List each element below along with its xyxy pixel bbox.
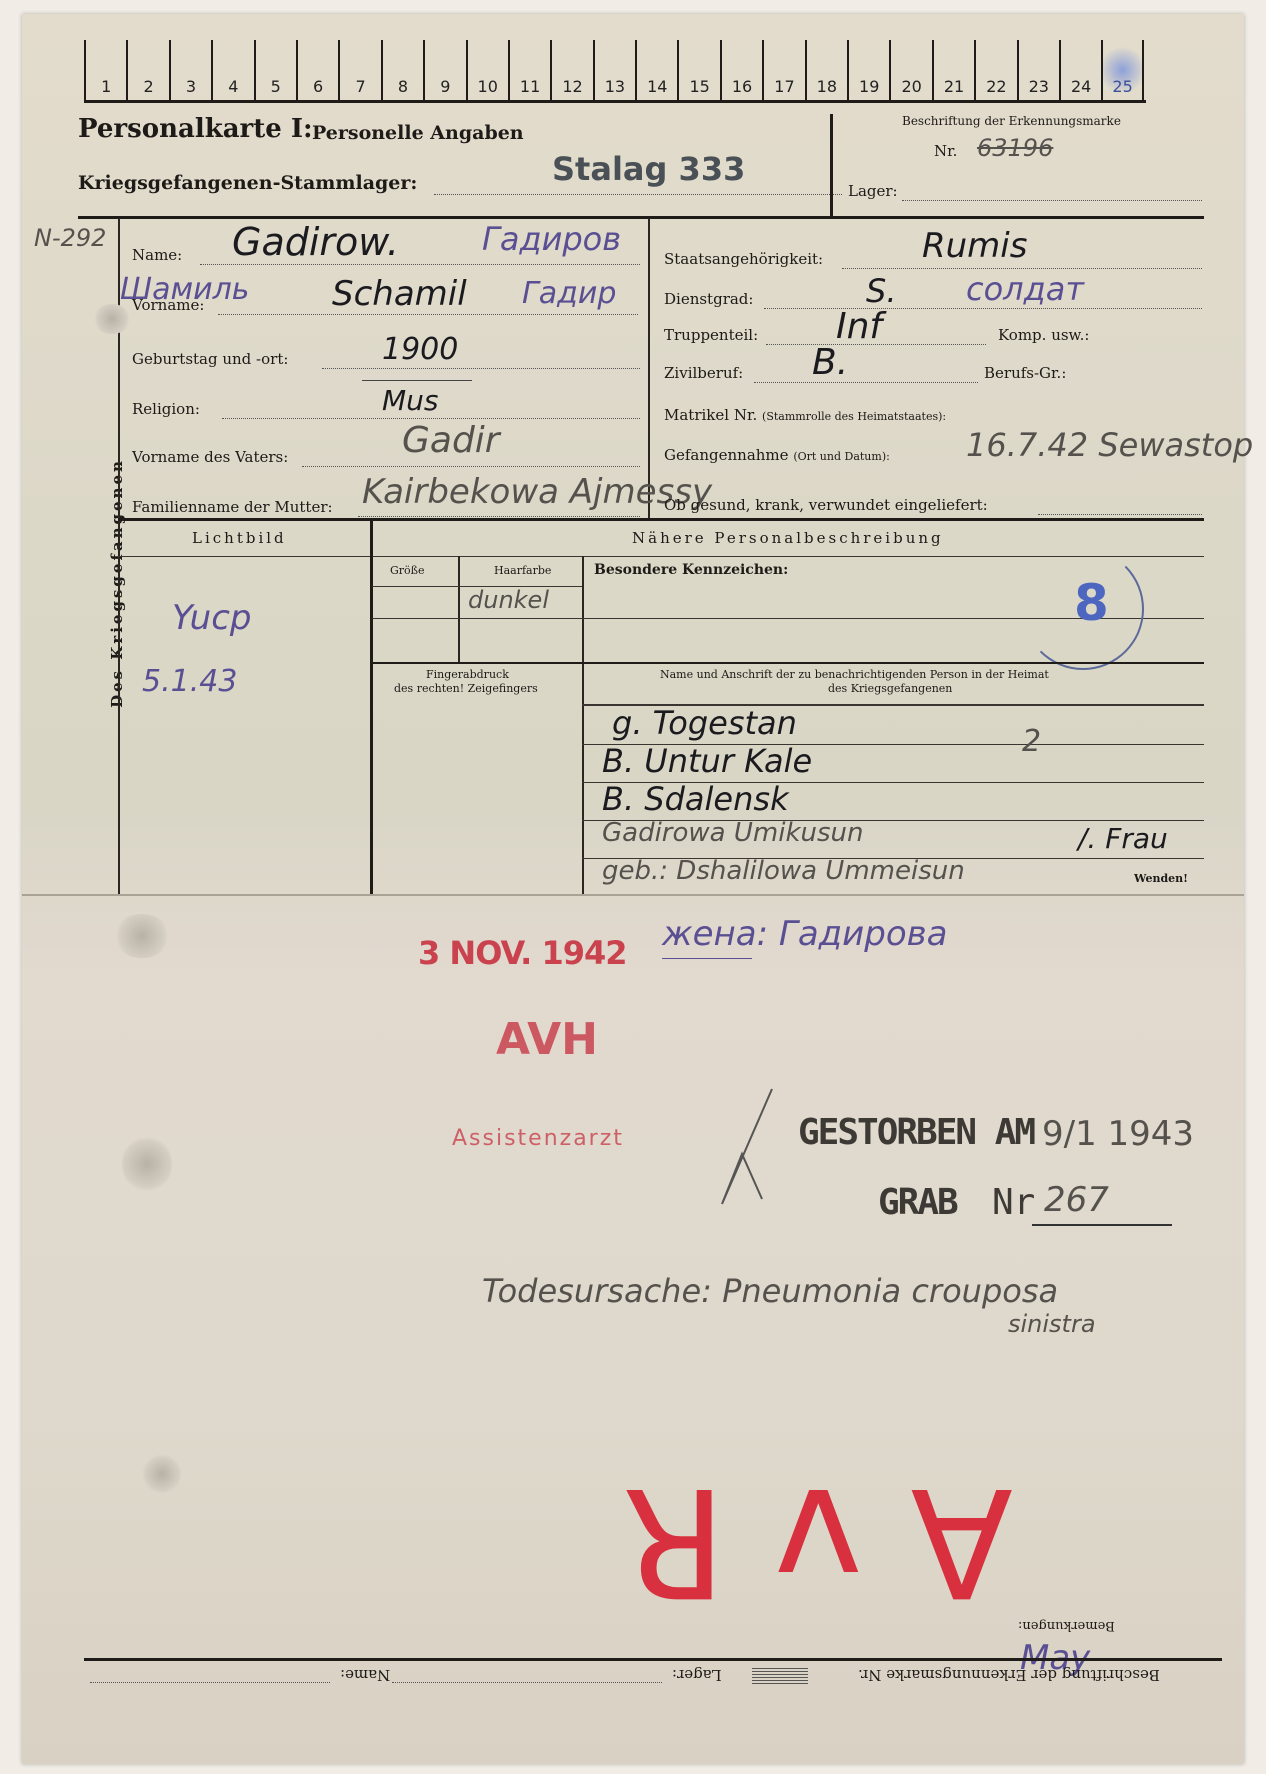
kontakt-label-2: des Kriegsgefangenen	[828, 682, 952, 695]
finger-rule	[372, 662, 1204, 664]
mutter-value: Kairbekowa Ajmessy	[362, 472, 712, 512]
nr-value: 63196	[977, 134, 1053, 162]
strip-number: 20	[889, 40, 931, 100]
strip-number: 19	[847, 40, 889, 100]
religion-value: Mus	[382, 384, 439, 417]
staat-label: Staatsangehörigkeit:	[664, 250, 823, 268]
footer-rule	[84, 1658, 1222, 1661]
religion-dotted-line	[222, 418, 640, 419]
matrikel-label-text: Matrikel Nr.	[664, 406, 757, 424]
erkennungsmarke-label: Beschriftung der Erkennungsmarke	[902, 114, 1121, 128]
kontakt-line: B. Sdalensk	[602, 780, 789, 818]
geburt-underline	[362, 380, 472, 381]
footer-name-label: Name:	[340, 1666, 390, 1684]
strip-number: 13	[593, 40, 635, 100]
strip-number: 5	[254, 40, 296, 100]
strip-number: 3	[169, 40, 211, 100]
footer-lager-label: Lager:	[672, 1666, 722, 1684]
finger-label-1: Fingerabdruck	[426, 668, 509, 681]
strip-number: 25	[1101, 40, 1143, 100]
name-dotted-line	[200, 264, 640, 265]
gefangen-sub: (Ort und Datum):	[793, 450, 890, 463]
nr-label: Nr.	[934, 142, 957, 160]
lager-label: Lager:	[848, 182, 898, 200]
strip-number: 6	[296, 40, 338, 100]
dienstgrad-label: Dienstgrad:	[664, 290, 753, 308]
personalkarte-card: 1234567891011121314151617181920212223242…	[22, 14, 1244, 1764]
todesursache: Todesursache: Pneumonia crouposa	[482, 1272, 1058, 1310]
kontakt-label-1: Name und Anschrift der zu benachrichtige…	[660, 668, 1049, 681]
geburt-label: Geburtstag und -ort:	[132, 350, 288, 368]
avh-stamp: AVH	[496, 1014, 598, 1065]
card-subtitle: Personelle Angaben	[312, 122, 524, 144]
damage-mark	[122, 1134, 172, 1194]
kontakt-line: geb.: Dshalilowa Ummeisun	[602, 856, 965, 886]
geburt-dotted-line	[322, 368, 640, 369]
matrikel-label: Matrikel Nr. (Stammrolle des Heimatstaat…	[664, 406, 946, 424]
footer-lager-dotted-line	[392, 1682, 662, 1683]
damage-mark	[112, 914, 172, 958]
lichtbild-divider	[370, 518, 373, 894]
gesund-label: Ob gesund, krank, verwundet eingeliefert…	[664, 496, 988, 514]
matrikel-sub: (Stammrolle des Heimatstaates):	[762, 410, 946, 423]
mutter-label: Familienname der Mutter:	[132, 498, 333, 516]
lichtbild-note: Yuсp	[172, 598, 251, 638]
strip-number: 9	[423, 40, 465, 100]
haarfarbe-divider	[582, 556, 584, 894]
staat-dotted-line	[842, 268, 1202, 269]
strip-number: 11	[508, 40, 550, 100]
header-bottom-rule	[78, 216, 1204, 219]
assistenzarzt-stamp: Assistenzarzt	[452, 1126, 624, 1151]
strip-number: 17	[762, 40, 804, 100]
header-divider	[830, 114, 833, 218]
truppenteil-label: Truppenteil:	[664, 326, 758, 344]
gefangen-value: 16.7.42 Sewastop	[966, 426, 1253, 464]
strip-number: 24	[1059, 40, 1101, 100]
berufs-label: Berufs-Gr.:	[984, 364, 1066, 382]
strip-number: 16	[720, 40, 762, 100]
vorname-dotted-line	[218, 314, 638, 315]
zivilberuf-dotted-line	[754, 382, 978, 383]
haarfarbe-label: Haarfarbe	[494, 564, 551, 577]
komp-label: Komp. usw.:	[998, 326, 1089, 344]
signature-initial	[702, 1084, 792, 1214]
footer-nr-field	[752, 1668, 808, 1684]
gesund-dotted-line	[1038, 514, 1202, 515]
kontakt-side-note: 2	[1022, 724, 1041, 759]
vater-label: Vorname des Vaters:	[132, 448, 288, 466]
damage-mark	[92, 304, 132, 334]
kontakt-line: Gadirowa Umikusun	[602, 818, 864, 848]
lager-dotted-line	[902, 200, 1202, 201]
zivilberuf-value: B.	[812, 342, 848, 383]
card-title: Personalkarte I:	[78, 114, 313, 144]
religion-label: Religion:	[132, 400, 200, 418]
strip-number: 2	[126, 40, 168, 100]
date-stamp: 3 NOV. 1942	[418, 934, 627, 972]
strip-number: 4	[211, 40, 253, 100]
wenden-label: Wenden!	[1134, 872, 1188, 885]
vertical-label: Des Kriegsgefangenen	[108, 458, 126, 708]
strip-number: 15	[677, 40, 719, 100]
strip-number: 21	[932, 40, 974, 100]
kennzeichen-mark: 8	[1074, 574, 1109, 632]
name-cyrillic: Гадиров	[482, 220, 621, 258]
wife-note-underline	[662, 958, 752, 959]
haarfarbe-value: dunkel	[468, 586, 549, 614]
staat-value: Rumis	[922, 226, 1027, 266]
grab-nr-label: Nr	[992, 1182, 1035, 1223]
number-strip: 1234567891011121314151617181920212223242…	[84, 40, 1144, 102]
gestorben-stamp: GESTORBEN AM	[798, 1112, 1034, 1153]
desc-header-rule	[118, 556, 1204, 557]
strip-number: 10	[466, 40, 508, 100]
grab-stamp: GRAB	[878, 1182, 957, 1223]
footer-name-dotted-line	[90, 1682, 330, 1683]
fold-line	[22, 894, 1244, 896]
naehere-label: Nähere Personalbeschreibung	[632, 529, 944, 547]
strip-number: 23	[1017, 40, 1059, 100]
vorname-value: Schamil	[332, 274, 467, 314]
dienstgrad-dotted-line	[764, 308, 1202, 309]
kontakt-line: g. Togestan	[612, 704, 797, 742]
strip-number: 1	[84, 40, 126, 100]
strip-number: 8	[381, 40, 423, 100]
footer-beschriftung-label: Beschriftung der Erkennungsmarke Nr.	[858, 1666, 1160, 1684]
lichtbild-label: Lichtbild	[192, 529, 287, 547]
geburt-value: 1900	[382, 332, 458, 367]
section-rule	[118, 518, 1204, 521]
name-label: Name:	[132, 246, 182, 264]
kennzeichen-label: Besondere Kennzeichen:	[594, 562, 788, 578]
stammlager-dotted-line	[434, 194, 842, 195]
stammlager-label: Kriegsgefangenen-Stammlager:	[78, 172, 417, 194]
name-value: Gadirow.	[232, 220, 399, 264]
groesse-divider	[458, 556, 460, 664]
vorname-cyrillic: Шамиль	[120, 272, 249, 307]
stammlager-stamp: Stalag 333	[552, 150, 745, 188]
finger-label-2: des rechten! Zeigefingers	[394, 682, 538, 695]
mutter-dotted-line	[358, 516, 640, 517]
grab-underline	[1032, 1224, 1172, 1226]
gefangen-label-text: Gefangennahme	[664, 446, 789, 464]
dienstgrad-value: S.	[866, 272, 896, 310]
damage-mark	[142, 1454, 182, 1494]
vater-value: Gadir	[402, 420, 500, 461]
dienstgrad-cyrillic: солдат	[966, 270, 1084, 308]
kontakt-side-note-2: /. Frau	[1078, 822, 1168, 855]
kontakt-line: B. Untur Kale	[602, 742, 812, 780]
strip-number: 14	[635, 40, 677, 100]
gestorben-date: 9/1 1943	[1042, 1114, 1194, 1154]
lichtbild-date: 5.1.43	[142, 664, 237, 699]
strip-number: 7	[338, 40, 380, 100]
margin-note: N-292	[34, 224, 106, 252]
red-marks: A v R	[622, 1454, 1013, 1628]
wife-note: жена: Гадирова	[662, 914, 948, 954]
strip-bottom-rule	[84, 100, 1146, 103]
truppenteil-value: Inf	[836, 306, 882, 347]
vorname-extra: Гадир	[522, 276, 616, 311]
groesse-label: Größe	[390, 564, 425, 577]
strip-number: 12	[550, 40, 592, 100]
strip-number: 22	[974, 40, 1016, 100]
vater-dotted-line	[302, 466, 640, 467]
strip-number: 18	[805, 40, 847, 100]
todesursache-2: sinistra	[1008, 1310, 1096, 1338]
grab-nr-value: 267	[1044, 1180, 1109, 1220]
gefangen-label: Gefangennahme (Ort und Datum):	[664, 446, 890, 464]
bemerkungen-label: Bemerkungen:	[1018, 1618, 1115, 1633]
zivilberuf-label: Zivilberuf:	[664, 364, 743, 382]
